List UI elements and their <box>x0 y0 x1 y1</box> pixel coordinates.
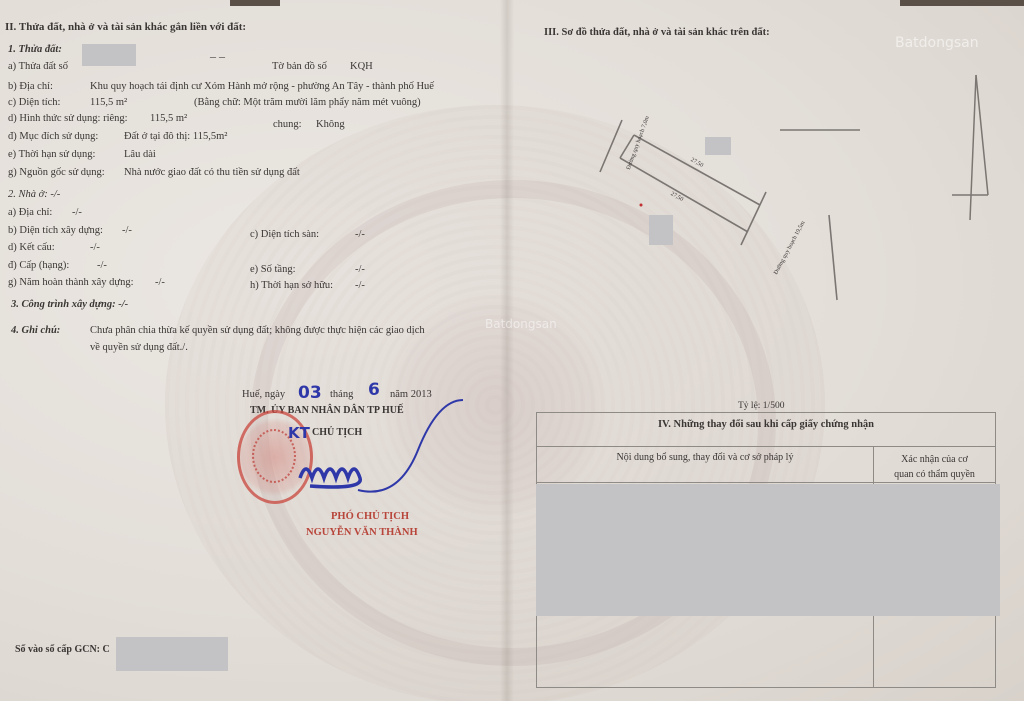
changes-table-title: IV. Những thay đổi sau khi cấp giấy chứn… <box>537 413 996 447</box>
changes-col-confirm: Xác nhận của cơ quan có thẩm quyền <box>874 447 996 483</box>
confirm-line-1: Xác nhận của cơ <box>901 454 968 465</box>
redaction-box <box>705 137 731 155</box>
redaction-box <box>649 215 673 245</box>
scale-label: Tỷ lệ: 1/500 <box>738 402 784 412</box>
confirm-line-2: quan có thẩm quyền <box>894 469 975 480</box>
changes-col-content: Nội dung bổ sung, thay đổi và cơ sở pháp… <box>537 447 874 483</box>
redaction-box <box>536 484 1000 616</box>
